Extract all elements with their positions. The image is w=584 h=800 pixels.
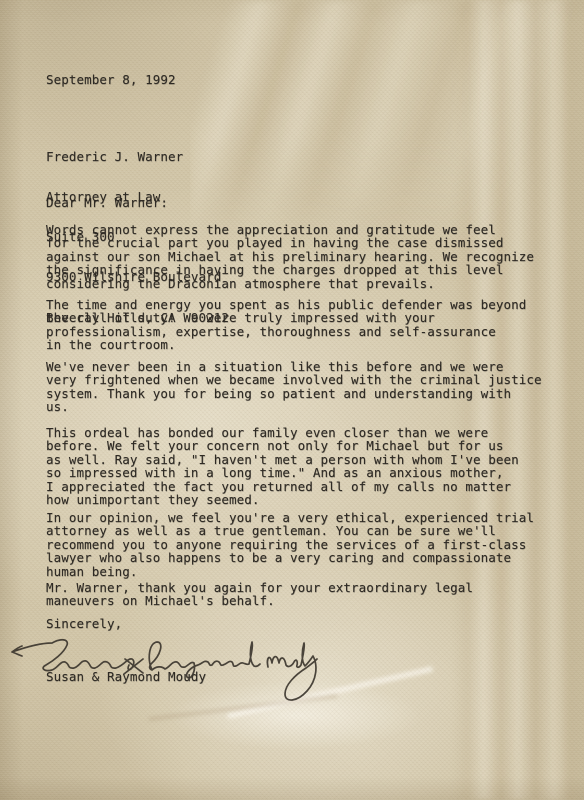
body-paragraph: We've never been in a situation like thi… [46,360,542,414]
body-paragraph: The time and energy you spent as his pub… [46,298,526,352]
letter-date: September 8, 1992 [46,73,176,86]
scanned-letter-page: September 8, 1992 Frederic J. Warner Att… [0,0,584,800]
recipient-name: Frederic J. Warner [46,150,229,163]
body-paragraph: This ordeal has bonded our family even c… [46,426,519,506]
body-paragraph: In our opinion, we feel you're a very et… [46,511,534,578]
salutation: Dear Mr. Warner: [46,196,168,209]
body-paragraph: Words cannot express the appreciation an… [46,223,534,290]
paper-fold-shading-top [190,0,584,250]
body-paragraph: Mr. Warner, thank you again for your ext… [46,581,473,608]
closing-salutation: Sincerely, [46,617,122,630]
handwritten-signature [6,634,336,719]
